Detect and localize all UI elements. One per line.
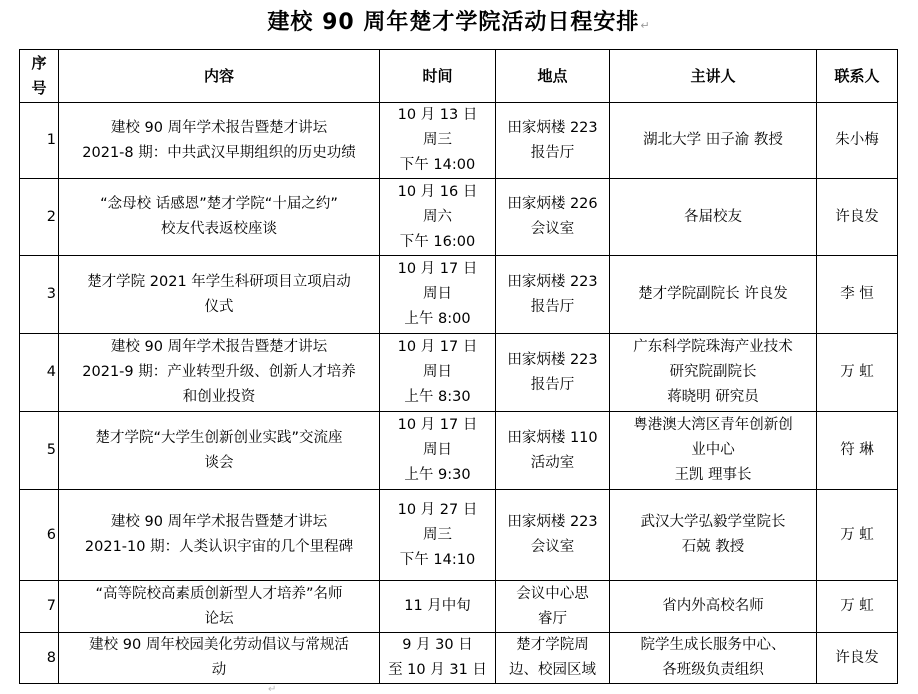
paragraph-mark-icon: ↵ xyxy=(640,19,650,32)
cell-time-line: 9 月 30 日 xyxy=(383,633,492,658)
cell-contact: 朱小梅 xyxy=(817,103,898,179)
cell-no: 2 xyxy=(20,179,59,256)
table-row: 7“高等院校高素质创新型人才培养”名师论坛11 月中旬会议中心思睿厅省内外高校名… xyxy=(20,581,898,633)
cell-place-line: 田家炳楼 223 xyxy=(499,116,606,141)
cell-place-line: 会议中心思 xyxy=(499,582,606,607)
cell-content-line: 建校 90 周年学术报告暨楚才讲坛 xyxy=(62,510,376,535)
cell-time-line: 周日 xyxy=(383,360,492,385)
table-row: 3楚才学院 2021 年学生科研项目立项启动仪式10 月 17 日周日上午 8:… xyxy=(20,256,898,334)
cell-content-line: 论坛 xyxy=(62,607,376,632)
cell-content: 建校 90 周年学术报告暨楚才讲坛2021-9 期：产业转型升级、创新人才培养和… xyxy=(59,334,380,412)
cell-place: 田家炳楼 223报告厅 xyxy=(496,256,610,334)
cell-time: 10 月 17 日周日上午 8:00 xyxy=(380,256,496,334)
cell-time-line: 周日 xyxy=(383,282,492,307)
cell-time: 10 月 17 日周日上午 9:30 xyxy=(380,412,496,490)
cell-place-line: 田家炳楼 223 xyxy=(499,348,606,373)
header-speaker: 主讲人 xyxy=(610,50,817,103)
cell-content: 建校 90 周年校园美化劳动倡议与常规活动 xyxy=(59,633,380,684)
cell-speaker: 武汉大学弘毅学堂院长石兢 教授 xyxy=(610,490,817,581)
cell-content-line: 动 xyxy=(62,658,376,683)
cell-speaker: 各届校友 xyxy=(610,179,817,256)
cell-contact: 许良发 xyxy=(817,633,898,684)
cell-time: 11 月中旬 xyxy=(380,581,496,633)
cell-time: 10 月 16 日周六下午 16:00 xyxy=(380,179,496,256)
cell-content-line: 建校 90 周年学术报告暨楚才讲坛 xyxy=(62,116,376,141)
cell-speaker: 粤港澳大湾区青年创新创业中心王凯 理事长 xyxy=(610,412,817,490)
table-row: 4建校 90 周年学术报告暨楚才讲坛2021-9 期：产业转型升级、创新人才培养… xyxy=(20,334,898,412)
cell-time: 10 月 27 日周三下午 14:10 xyxy=(380,490,496,581)
cell-content-line: 建校 90 周年学术报告暨楚才讲坛 xyxy=(62,335,376,360)
cell-speaker-line: 粤港澳大湾区青年创新创 xyxy=(613,413,813,438)
table-row: 1建校 90 周年学术报告暨楚才讲坛2021-8 期：中共武汉早期组织的历史功绩… xyxy=(20,103,898,179)
cell-speaker-line: 省内外高校名师 xyxy=(613,594,813,619)
cell-time-line: 下午 14:10 xyxy=(383,548,492,573)
cell-content: “念母校 话感恩”楚才学院“十届之约”校友代表返校座谈 xyxy=(59,179,380,256)
header-no-line2: 号 xyxy=(23,76,55,101)
document-title-text: 建校 90 周年楚才学院活动日程安排 xyxy=(267,10,639,35)
cell-content-line: 2021-9 期：产业转型升级、创新人才培养 xyxy=(62,360,376,385)
cell-content: 建校 90 周年学术报告暨楚才讲坛2021-8 期：中共武汉早期组织的历史功绩 xyxy=(59,103,380,179)
cell-no: 3 xyxy=(20,256,59,334)
cell-time-line: 10 月 17 日 xyxy=(383,413,492,438)
table-row: 8建校 90 周年校园美化劳动倡议与常规活动9 月 30 日至 10 月 31 … xyxy=(20,633,898,684)
cell-time-line: 10 月 17 日 xyxy=(383,335,492,360)
header-no: 序 号 xyxy=(20,50,59,103)
cell-time-line: 11 月中旬 xyxy=(383,594,492,619)
cell-place-line: 活动室 xyxy=(499,451,606,476)
cell-no: 6 xyxy=(20,490,59,581)
header-place: 地点 xyxy=(496,50,610,103)
cell-speaker-line: 研究院副院长 xyxy=(613,360,813,385)
cell-place-line: 田家炳楼 110 xyxy=(499,426,606,451)
cell-contact: 符 琳 xyxy=(817,412,898,490)
cell-content-line: “念母校 话感恩”楚才学院“十届之约” xyxy=(62,192,376,217)
cell-contact: 万 虹 xyxy=(817,490,898,581)
document-title: 建校 90 周年楚才学院活动日程安排↵ xyxy=(0,6,918,43)
cell-content-line: 仪式 xyxy=(62,295,376,320)
cell-content-line: “高等院校高素质创新型人才培养”名师 xyxy=(62,582,376,607)
cell-time: 10 月 13 日周三下午 14:00 xyxy=(380,103,496,179)
cell-time-line: 周六 xyxy=(383,205,492,230)
cell-contact: 万 虹 xyxy=(817,581,898,633)
cell-time-line: 至 10 月 31 日 xyxy=(383,658,492,683)
cell-speaker-line: 武汉大学弘毅学堂院长 xyxy=(613,510,813,535)
cell-place: 田家炳楼 110活动室 xyxy=(496,412,610,490)
cell-time: 10 月 17 日周日上午 8:30 xyxy=(380,334,496,412)
cell-content-line: 建校 90 周年校园美化劳动倡议与常规活 xyxy=(62,633,376,658)
cell-contact: 李 恒 xyxy=(817,256,898,334)
cell-place-line: 报告厅 xyxy=(499,373,606,398)
cell-no: 4 xyxy=(20,334,59,412)
cell-time-line: 上午 8:30 xyxy=(383,385,492,410)
cell-time-line: 周三 xyxy=(383,128,492,153)
cell-content-line: 2021-10 期：人类认识宇宙的几个里程碑 xyxy=(62,535,376,560)
cell-content-line: 和创业投资 xyxy=(62,385,376,410)
cell-speaker-line: 院学生成长服务中心、 xyxy=(613,633,813,658)
cell-time-line: 下午 14:00 xyxy=(383,153,492,178)
cell-content-line: 校友代表返校座谈 xyxy=(62,217,376,242)
cell-time-line: 10 月 27 日 xyxy=(383,498,492,523)
cell-place: 田家炳楼 226会议室 xyxy=(496,179,610,256)
cell-time-line: 10 月 13 日 xyxy=(383,103,492,128)
cell-place: 田家炳楼 223报告厅 xyxy=(496,103,610,179)
cell-speaker: 楚才学院副院长 许良发 xyxy=(610,256,817,334)
cell-speaker-line: 王凯 理事长 xyxy=(613,463,813,488)
cell-content-line: 楚才学院 2021 年学生科研项目立项启动 xyxy=(62,270,376,295)
cell-place-line: 楚才学院周 xyxy=(499,633,606,658)
cell-content-line: 2021-8 期：中共武汉早期组织的历史功绩 xyxy=(62,141,376,166)
cell-speaker: 省内外高校名师 xyxy=(610,581,817,633)
cell-speaker: 院学生成长服务中心、各班级负责组织 xyxy=(610,633,817,684)
cell-time-line: 周日 xyxy=(383,438,492,463)
cell-time-line: 周三 xyxy=(383,523,492,548)
cell-time-line: 上午 8:00 xyxy=(383,307,492,332)
header-time: 时间 xyxy=(380,50,496,103)
cell-no: 8 xyxy=(20,633,59,684)
cell-speaker-line: 蒋晓明 研究员 xyxy=(613,385,813,410)
header-contact: 联系人 xyxy=(817,50,898,103)
cell-place-line: 报告厅 xyxy=(499,141,606,166)
schedule-table: 序 号 内容 时间 地点 主讲人 联系人 1建校 90 周年学术报告暨楚才讲坛2… xyxy=(19,49,898,684)
cell-time-line: 上午 9:30 xyxy=(383,463,492,488)
cell-no: 7 xyxy=(20,581,59,633)
cell-place: 会议中心思睿厅 xyxy=(496,581,610,633)
cell-speaker-line: 石兢 教授 xyxy=(613,535,813,560)
table-row: 2“念母校 话感恩”楚才学院“十届之约”校友代表返校座谈10 月 16 日周六下… xyxy=(20,179,898,256)
cell-speaker-line: 湖北大学 田子渝 教授 xyxy=(613,128,813,153)
cell-content: 建校 90 周年学术报告暨楚才讲坛2021-10 期：人类认识宇宙的几个里程碑 xyxy=(59,490,380,581)
cell-time: 9 月 30 日至 10 月 31 日 xyxy=(380,633,496,684)
cell-place-line: 田家炳楼 223 xyxy=(499,270,606,295)
cell-place: 田家炳楼 223报告厅 xyxy=(496,334,610,412)
cell-place-line: 会议室 xyxy=(499,217,606,242)
cell-place-line: 报告厅 xyxy=(499,295,606,320)
cell-content-line: 谈会 xyxy=(62,451,376,476)
cell-place-line: 睿厅 xyxy=(499,607,606,632)
paragraph-mark-icon: ↵ xyxy=(268,684,276,694)
cell-time-line: 10 月 16 日 xyxy=(383,180,492,205)
cell-time-line: 下午 16:00 xyxy=(383,230,492,255)
cell-no: 5 xyxy=(20,412,59,490)
cell-place-line: 田家炳楼 226 xyxy=(499,192,606,217)
cell-place: 楚才学院周边、校园区域 xyxy=(496,633,610,684)
header-content: 内容 xyxy=(59,50,380,103)
cell-place: 田家炳楼 223会议室 xyxy=(496,490,610,581)
cell-speaker-line: 楚才学院副院长 许良发 xyxy=(613,282,813,307)
cell-speaker-line: 业中心 xyxy=(613,438,813,463)
cell-contact: 万 虹 xyxy=(817,334,898,412)
cell-content-line: 楚才学院“大学生创新创业实践”交流座 xyxy=(62,426,376,451)
cell-no: 1 xyxy=(20,103,59,179)
cell-content: “高等院校高素质创新型人才培养”名师论坛 xyxy=(59,581,380,633)
header-no-line1: 序 xyxy=(23,51,55,76)
cell-contact: 许良发 xyxy=(817,179,898,256)
cell-place-line: 田家炳楼 223 xyxy=(499,510,606,535)
cell-speaker: 广东科学院珠海产业技术研究院副院长蒋晓明 研究员 xyxy=(610,334,817,412)
cell-content: 楚才学院“大学生创新创业实践”交流座谈会 xyxy=(59,412,380,490)
cell-speaker: 湖北大学 田子渝 教授 xyxy=(610,103,817,179)
cell-speaker-line: 各班级负责组织 xyxy=(613,658,813,683)
cell-content: 楚才学院 2021 年学生科研项目立项启动仪式 xyxy=(59,256,380,334)
cell-time-line: 10 月 17 日 xyxy=(383,257,492,282)
table-row: 6建校 90 周年学术报告暨楚才讲坛2021-10 期：人类认识宇宙的几个里程碑… xyxy=(20,490,898,581)
header-row: 序 号 内容 时间 地点 主讲人 联系人 xyxy=(20,50,898,103)
cell-place-line: 会议室 xyxy=(499,535,606,560)
table-row: 5楚才学院“大学生创新创业实践”交流座谈会10 月 17 日周日上午 9:30田… xyxy=(20,412,898,490)
cell-place-line: 边、校园区域 xyxy=(499,658,606,683)
cell-speaker-line: 广东科学院珠海产业技术 xyxy=(613,335,813,360)
cell-speaker-line: 各届校友 xyxy=(613,205,813,230)
